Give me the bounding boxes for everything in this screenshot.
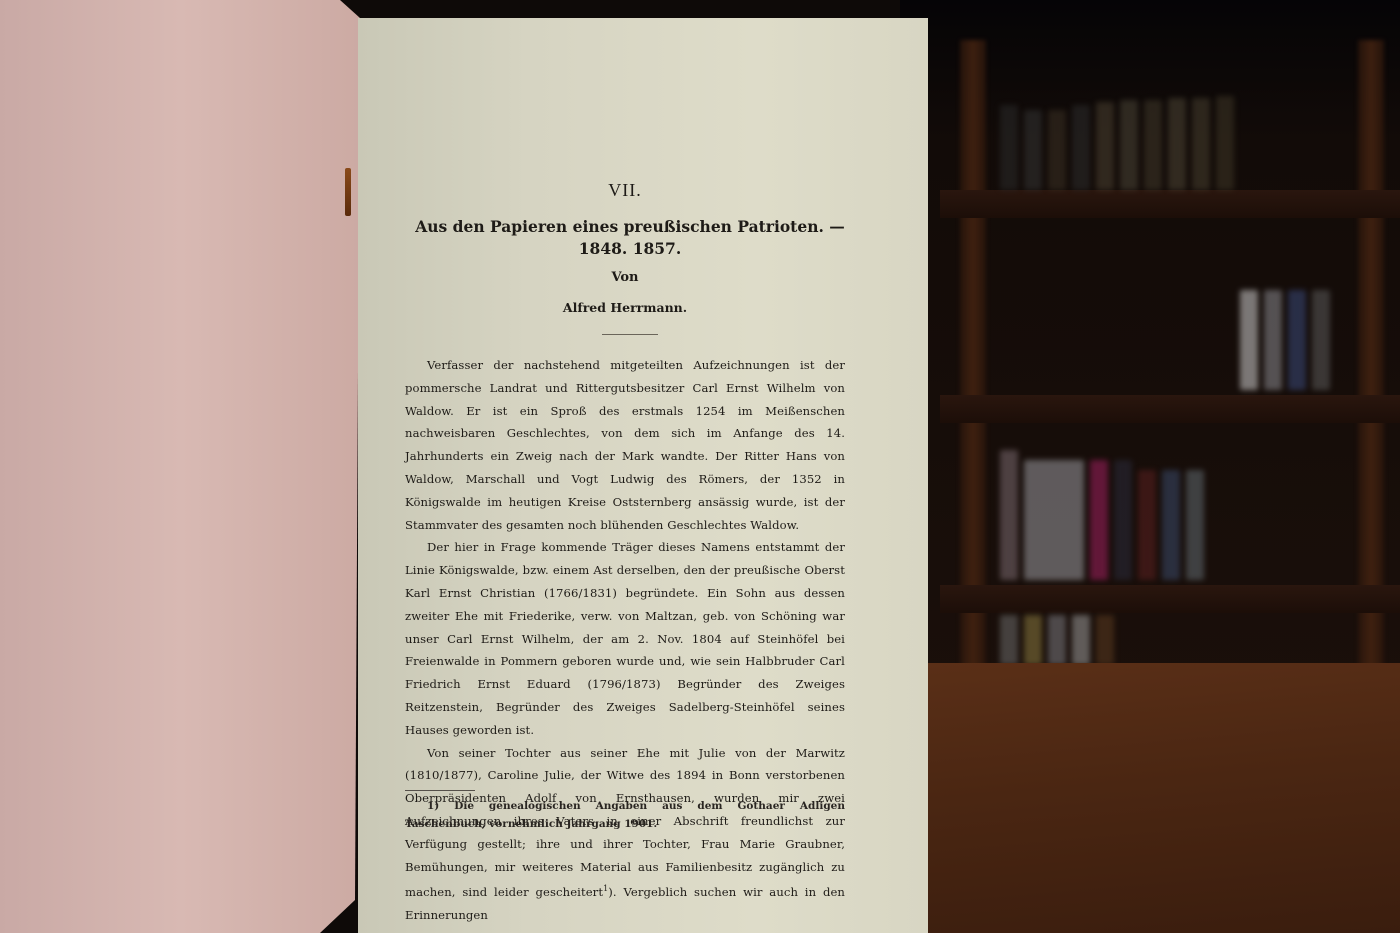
paragraph: Von seiner Tochter aus seiner Ehe mit Ju… [405, 742, 845, 927]
shelf-board [940, 190, 1400, 218]
title-divider [602, 334, 658, 335]
footnote-divider [405, 790, 475, 791]
author-name: Alfred Herrmann. [405, 300, 845, 315]
footnote-marker: 1) [427, 797, 439, 815]
staple [345, 168, 351, 216]
books-row [1240, 260, 1330, 390]
body-text: Verfasser der nachstehend mitgeteilten A… [405, 354, 845, 927]
books-row [1000, 610, 1114, 665]
books-row [1000, 440, 1204, 580]
shelf-board [940, 395, 1400, 423]
chapter-number: VII. [405, 180, 845, 201]
article-title: Aus den Papieren eines preußischen Patri… [405, 216, 855, 260]
paragraph: Der hier in Frage kommende Träger dieses… [405, 536, 845, 741]
books-row [1000, 95, 1234, 190]
left-cover-page [0, 0, 362, 933]
wooden-table [920, 663, 1400, 933]
title-line-2: 1848. 1857. [405, 238, 855, 260]
shelf-board [940, 585, 1400, 613]
byline-prefix: Von [405, 270, 845, 285]
title-line-1: Aus den Papieren eines preußischen Patri… [405, 216, 855, 238]
paragraph: Verfasser der nachstehend mitgeteilten A… [405, 354, 845, 536]
footnote-text: Die genealogischen Angaben aus dem Gotha… [405, 800, 845, 830]
footnote: 1) Die genealogischen Angaben aus dem Go… [405, 797, 845, 833]
document-page: VII. Aus den Papieren eines preußischen … [358, 18, 928, 933]
